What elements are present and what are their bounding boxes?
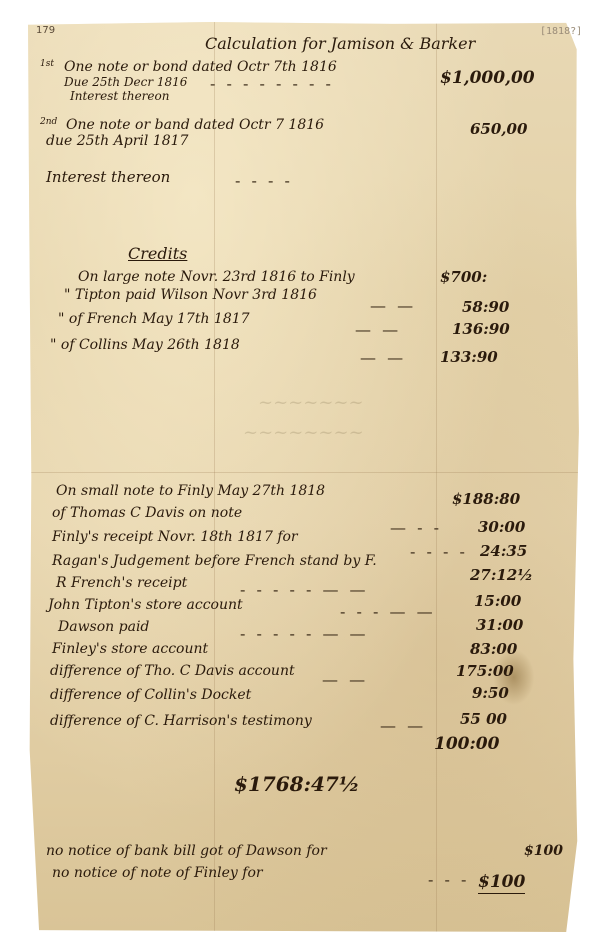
credit-amount: 55 00 <box>460 712 507 727</box>
fold-crease <box>436 22 437 932</box>
document-title: Calculation for Jamison & Barker <box>205 36 475 52</box>
credit-line: " of French May 17th 1817 <box>58 312 250 326</box>
fold-crease <box>214 22 215 932</box>
credit-line: of Thomas C Davis on note <box>52 506 242 520</box>
footnote-amount: $100 <box>478 874 525 894</box>
credit-line: Finley's store account <box>52 642 208 656</box>
credit-line: R French's receipt <box>56 576 187 590</box>
credit-line: difference of Collin's Docket <box>50 688 251 702</box>
credit-amount: 175:00 <box>456 664 514 679</box>
credit-line: On large note Novr. 23rd 1816 to Finly <box>78 270 355 284</box>
footnote-line: no notice of bank bill got of Dawson for <box>46 844 327 858</box>
note-1-due: Due 25th Decr 1816 <box>64 76 187 88</box>
leader-dashes: - - - - - - - - <box>210 76 334 92</box>
leader-dashes: — — <box>370 298 416 314</box>
credit-amount: 24:35 <box>480 544 527 559</box>
credit-amount: $188:80 <box>452 492 520 507</box>
credit-amount: 9:50 <box>472 686 509 701</box>
leader-dashes: - - - - - — — <box>240 626 369 642</box>
credit-line: " of Collins May 26th 1818 <box>50 338 240 352</box>
note-2-text: One note or band dated Octr 7 1816 <box>66 118 324 132</box>
leader-dashes: — — <box>380 718 426 734</box>
credit-line: Finly's receipt Novr. 18th 1817 for <box>52 530 298 544</box>
note-2-amount: 650,00 <box>470 122 527 137</box>
note-1-amount: $1,000,00 <box>440 70 535 87</box>
credit-amount: 31:00 <box>476 618 523 633</box>
note-2-interest: Interest thereon <box>46 170 170 185</box>
credit-line: Dawson paid <box>58 620 149 634</box>
credit-amount: $700: <box>440 270 487 285</box>
leader-dashes: — — <box>360 350 406 366</box>
leader-dashes: — — <box>355 322 401 338</box>
total-amount: $1768:47½ <box>234 774 360 794</box>
credit-amount: 83:00 <box>470 642 517 657</box>
credit-line: difference of Tho. C Davis account <box>50 664 295 678</box>
footnote-line: no notice of note of Finley for <box>52 866 263 880</box>
note-2-label: 2nd <box>40 118 57 133</box>
ink-bleed-through: ~~~~~~~ <box>258 392 364 413</box>
note-1-label: 1st <box>40 60 54 75</box>
leader-dashes: - - - <box>428 872 469 888</box>
credit-amount: 136:90 <box>452 322 510 337</box>
credit-amount: 100:00 <box>434 736 499 753</box>
leader-dashes: - - - — — <box>340 604 436 620</box>
archival-date: [1818?] <box>540 27 582 37</box>
note-1-text: One note or bond dated Octr 7th 1816 <box>64 60 337 74</box>
leader-dashes: - - - - <box>235 173 293 189</box>
leader-dashes: - - - - - — — <box>240 582 369 598</box>
ink-bleed-through: ~~~~~~~~ <box>243 422 364 443</box>
credit-amount: 58:90 <box>462 300 509 315</box>
credit-line: Ragan's Judgement before French stand by… <box>52 554 377 568</box>
page-number: 179 <box>36 26 55 36</box>
note-2-due: due 25th April 1817 <box>46 134 188 148</box>
credit-amount: 27:12½ <box>470 568 533 583</box>
fold-crease <box>28 472 580 473</box>
leader-dashes: — — <box>322 672 368 688</box>
leader-dashes: - - - - <box>410 544 468 560</box>
credit-line: On small note to Finly May 27th 1818 <box>56 484 325 498</box>
credit-line: John Tipton's store account <box>48 598 243 612</box>
note-1-interest: Interest thereon <box>70 90 169 102</box>
credits-heading: Credits <box>128 246 187 262</box>
credit-amount: 133:90 <box>440 350 498 365</box>
credit-amount: 15:00 <box>474 594 521 609</box>
credit-amount: 30:00 <box>478 520 525 535</box>
leader-dashes: — - - <box>390 520 442 536</box>
credit-line: " Tipton paid Wilson Novr 3rd 1816 <box>64 288 317 302</box>
footnote-amount: $100 <box>524 844 563 858</box>
credit-line: difference of C. Harrison's testimony <box>50 714 312 728</box>
